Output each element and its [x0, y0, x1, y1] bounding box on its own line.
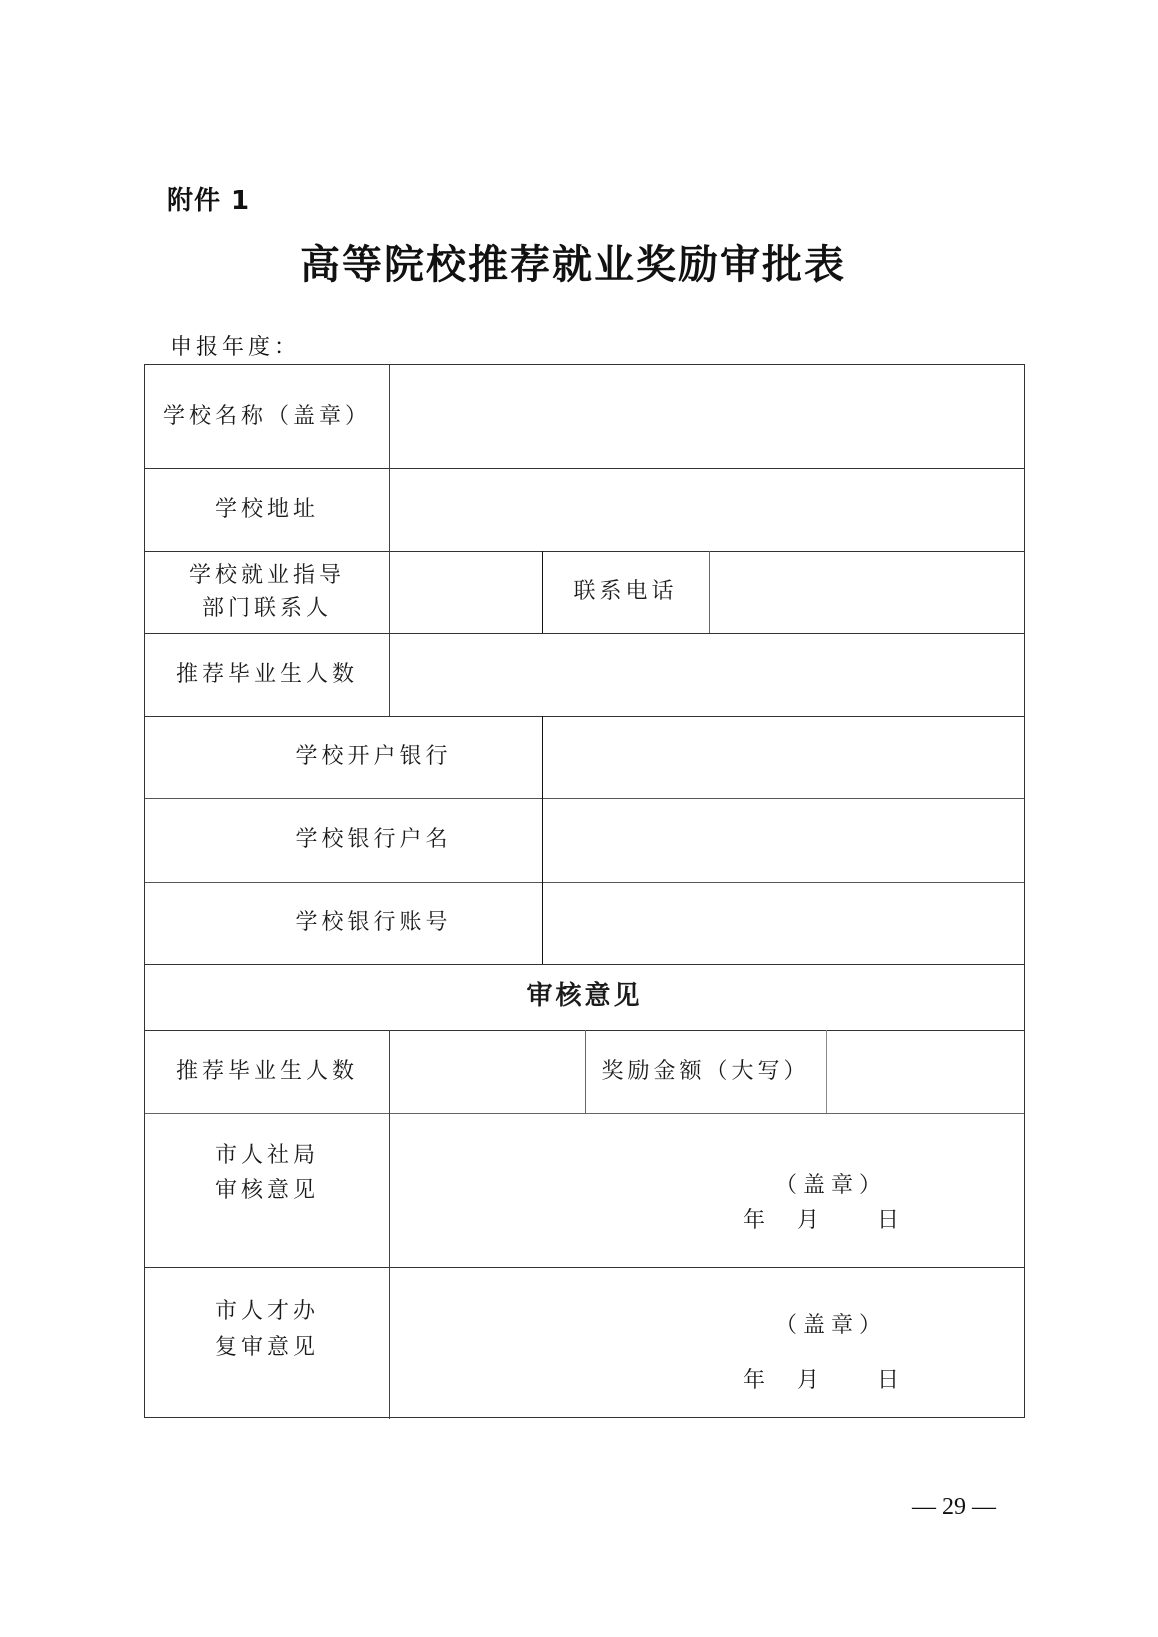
award-amount-label: 奖励金额（大写） [585, 1030, 826, 1113]
recommended-graduates-label: 推荐毕业生人数 [145, 633, 389, 716]
school-address-label: 学校地址 [145, 468, 389, 551]
review-section-heading: 审核意见 [145, 964, 1024, 1030]
talent-office-date-label: 年 月 日 [743, 1363, 905, 1394]
attachment-label: 附件 1 [167, 180, 250, 217]
employment-contact-label-line1: 学校就业指导 [189, 559, 345, 592]
hrss-review-field[interactable] [390, 1113, 1024, 1267]
bank-name-label: 学校开户银行 [145, 716, 542, 798]
approval-form-table: 学校名称（盖章） 学校地址 学校就业指导 部门联系人 联系电话 推荐毕业生人数 … [144, 364, 1025, 1418]
talent-office-review-label-line1: 市人才办 [215, 1294, 319, 1329]
contact-phone-field[interactable] [710, 551, 1024, 633]
award-amount-field[interactable] [827, 1030, 1024, 1113]
contact-phone-label: 联系电话 [542, 551, 709, 633]
bank-account-number-label: 学校银行账号 [145, 882, 542, 964]
recommended-graduates-field[interactable] [390, 633, 1024, 716]
hrss-review-label: 市人社局 审核意见 [145, 1113, 389, 1233]
page-title: 高等院校推荐就业奖励审批表 [300, 233, 870, 290]
hrss-date-label: 年 月 日 [743, 1203, 905, 1234]
talent-office-review-field[interactable] [390, 1267, 1024, 1417]
employment-contact-label-line2: 部门联系人 [202, 592, 332, 625]
bank-account-name-field[interactable] [543, 798, 1024, 882]
review-graduates-count-label: 推荐毕业生人数 [145, 1030, 389, 1113]
hrss-stamp-label: （盖章） [775, 1168, 887, 1199]
review-graduates-count-field[interactable] [390, 1030, 585, 1113]
bank-account-name-label: 学校银行户名 [145, 798, 542, 882]
school-name-label: 学校名称（盖章） [145, 365, 389, 468]
hrss-review-label-line2: 审核意见 [215, 1173, 319, 1208]
talent-office-review-label: 市人才办 复审意见 [145, 1267, 389, 1392]
bank-account-number-field[interactable] [543, 882, 1024, 964]
talent-office-stamp-label: （盖章） [775, 1308, 887, 1339]
bank-name-field[interactable] [543, 716, 1024, 798]
talent-office-review-label-line2: 复审意见 [215, 1330, 319, 1365]
employment-contact-field[interactable] [390, 551, 542, 633]
employment-contact-label: 学校就业指导 部门联系人 [145, 551, 389, 633]
declaration-year-label: 申报年度： [170, 330, 300, 361]
school-name-field[interactable] [390, 365, 1024, 468]
page-number: — 29 — [912, 1494, 996, 1521]
hrss-review-label-line1: 市人社局 [215, 1138, 319, 1173]
school-address-field[interactable] [390, 468, 1024, 551]
